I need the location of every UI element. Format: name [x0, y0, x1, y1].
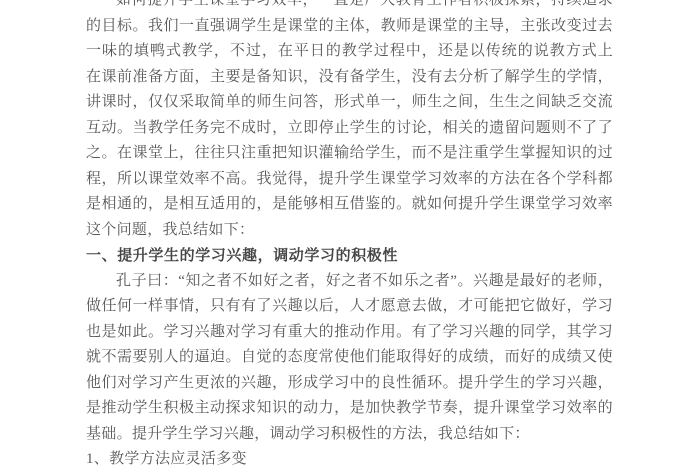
document-line: 讲课时，仅仅采取简单的师生问答，形式单一，师生之间，生生之间缺乏交流: [86, 90, 613, 116]
document-line: 一味的填鸭式教学，不过，在平日的教学过程中，还是以传统的说教方式上课，: [86, 39, 613, 65]
section-heading: 一、提升学生的学习兴趣，调动学习的积极性: [86, 243, 613, 269]
numbered-subitem-line: 1、教学方法应灵活多变: [86, 447, 613, 470]
document-line: 是推动学生积极主动探求知识的动力，是加快教学节奏，提升课堂学习效率的: [86, 396, 613, 422]
document-line: 互动。当教学任务完不成时，立即停止学生的讨论，相关的遗留问题则不了了: [86, 116, 613, 142]
document-page: 如何提升学生课堂学习效率，一直是广大教育工作者积极探索，持续追求 的目标。我们一…: [0, 0, 700, 470]
document-text-block: 如何提升学生课堂学习效率，一直是广大教育工作者积极探索，持续追求 的目标。我们一…: [86, 0, 613, 470]
document-line: 在课前准备方面，主要是备知识，没有备学生，没有去分析了解学生的学情，: [86, 65, 613, 91]
document-line: 基础。提升学生学习兴趣，调动学习积极性的方法，我总结如下：: [86, 422, 613, 448]
document-line: 也是如此。学习兴趣对学习有重大的推动作用。有了学习兴趣的同学，其学习: [86, 320, 613, 346]
document-line: 就不需要别人的逼迫。自觉的态度常使他们能取得好的成绩，而好的成绩又使: [86, 345, 613, 371]
document-line: 程，所以课堂效率不高。我觉得，提升学生课堂学习效率的方法在各个学科都: [86, 167, 613, 193]
document-line: 如何提升学生课堂学习效率，一直是广大教育工作者积极探索，持续追求: [86, 0, 613, 14]
document-line: 孔子曰：“知之者不如好之者，好之者不如乐之者”。兴趣是最好的老师，: [86, 269, 613, 295]
document-line: 的目标。我们一直强调学生是课堂的主体，教师是课堂的主导，主张改变过去: [86, 14, 613, 40]
document-line: 是相通的，是相互适用的，是能够相互借鉴的。就如何提升学生课堂学习效率: [86, 192, 613, 218]
document-line: 他们对学习产生更浓的兴趣，形成学习中的良性循环。提升学生的学习兴趣，: [86, 371, 613, 397]
document-line: 这个问题，我总结如下：: [86, 218, 613, 244]
document-line: 之。在课堂上，往往只注重把知识灌输给学生，而不是注重学生掌握知识的过: [86, 141, 613, 167]
document-line: 做任何一样事情，只有有了兴趣以后，人才愿意去做，才可能把它做好，学习: [86, 294, 613, 320]
